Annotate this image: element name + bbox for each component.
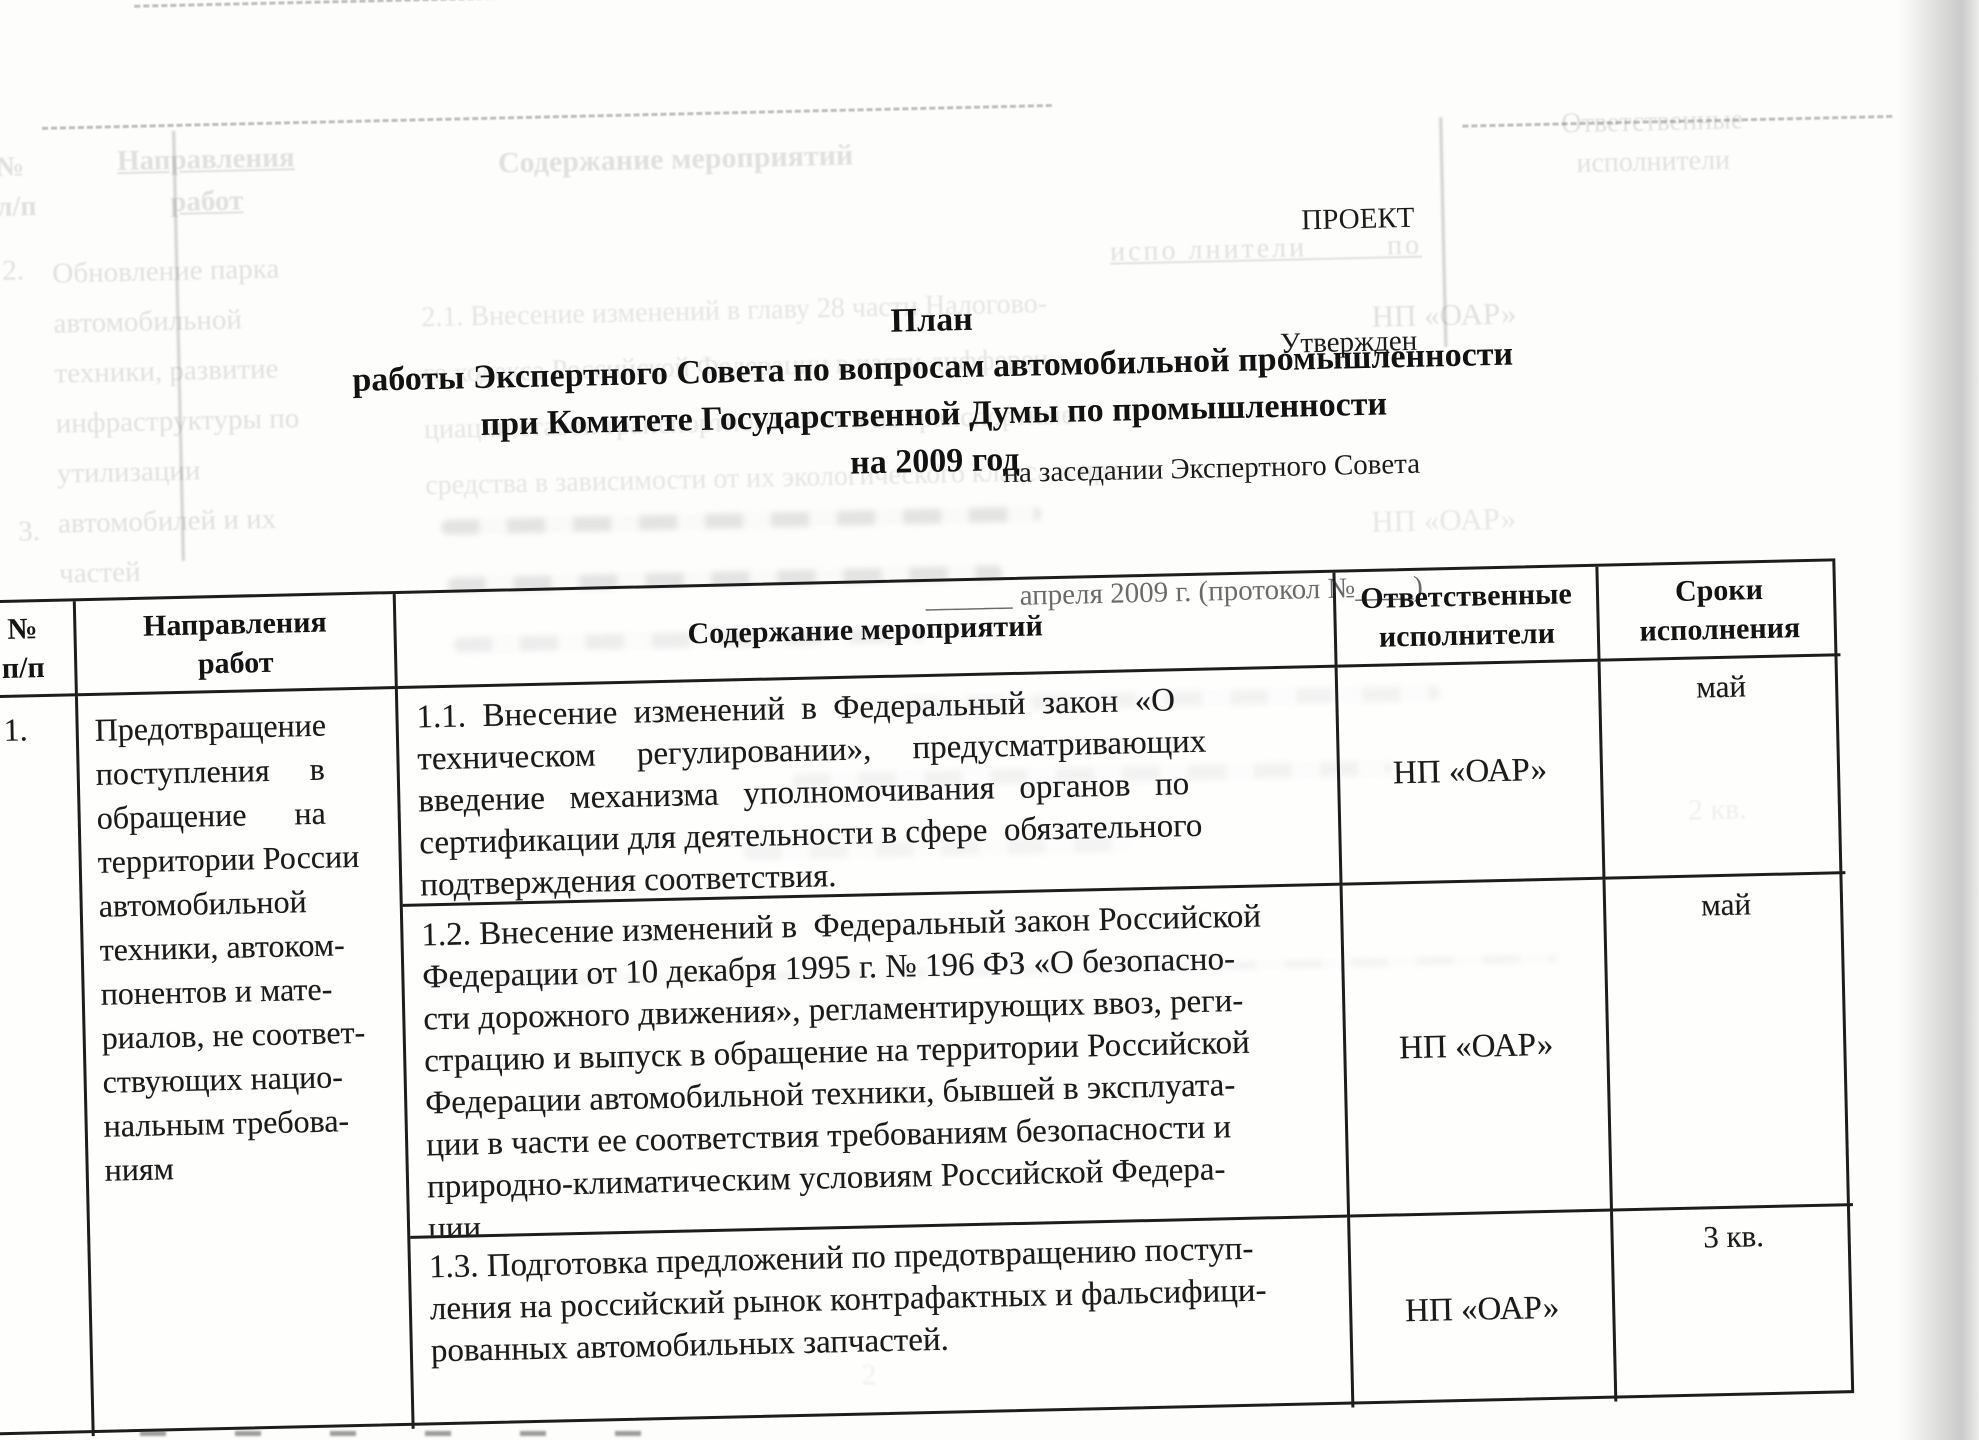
task-cell-1-3: 1.3. Подготовка предложений по предотвра… bbox=[410, 1218, 1354, 1429]
ghost-responsible-header: Ответственные исполнители bbox=[1487, 99, 1819, 186]
ghost-row3-label: 3. bbox=[18, 515, 40, 548]
ghost-dashed-line-top bbox=[134, 0, 1194, 8]
header-cell-deadline: Сроки исполнения bbox=[1598, 561, 1840, 661]
responsible-cell-1-1: НП «ОАР» bbox=[1338, 662, 1606, 886]
deadline-cell-1-3: 3 кв. bbox=[1613, 1206, 1857, 1401]
ghost-content-header: Содержание мероприятий bbox=[498, 139, 854, 181]
header-cell-num: № п/п bbox=[0, 601, 78, 698]
deadline-cell-1-1: май bbox=[1601, 656, 1846, 879]
document-title: План работы Экспертного Совета по вопрос… bbox=[221, 281, 1645, 501]
task-cell-1-2: 1.2. Внесение изменений в Федеральный за… bbox=[403, 886, 1350, 1239]
approval-line-1: ПРОЕКТ bbox=[849, 198, 1415, 252]
deadline-cell-1-2: май bbox=[1605, 874, 1852, 1211]
directions-cell: Предотвращение поступления в обращение н… bbox=[78, 689, 415, 1436]
header-cell-directions: Направления работ bbox=[76, 594, 398, 696]
responsible-cell-1-2: НП «ОАР» bbox=[1343, 880, 1613, 1218]
scanner-shadow-band bbox=[1899, 0, 1979, 1440]
plan-table: № п/п Направления работ Содержание мероп… bbox=[0, 558, 1854, 1435]
ghost-table-top-border bbox=[42, 104, 1052, 130]
responsible-cell-1-3: НП «ОАР» bbox=[1350, 1212, 1617, 1408]
header-cell-responsible: Ответственные исполнители bbox=[1335, 567, 1600, 668]
ghost-row2-label: 2. bbox=[2, 254, 24, 287]
ghost-num-header: № л/п bbox=[0, 147, 37, 228]
ghost-directions-header: Направления работ bbox=[65, 135, 347, 225]
task-cell-1-1: 1.1. Внесение изменений в Федеральный за… bbox=[398, 668, 1343, 907]
scanned-page: № л/п Направления работ 2. Обновление па… bbox=[0, 0, 1979, 1440]
scan-edge-artifacts bbox=[140, 1431, 700, 1436]
ghost-page-number: 2 bbox=[861, 1358, 877, 1392]
